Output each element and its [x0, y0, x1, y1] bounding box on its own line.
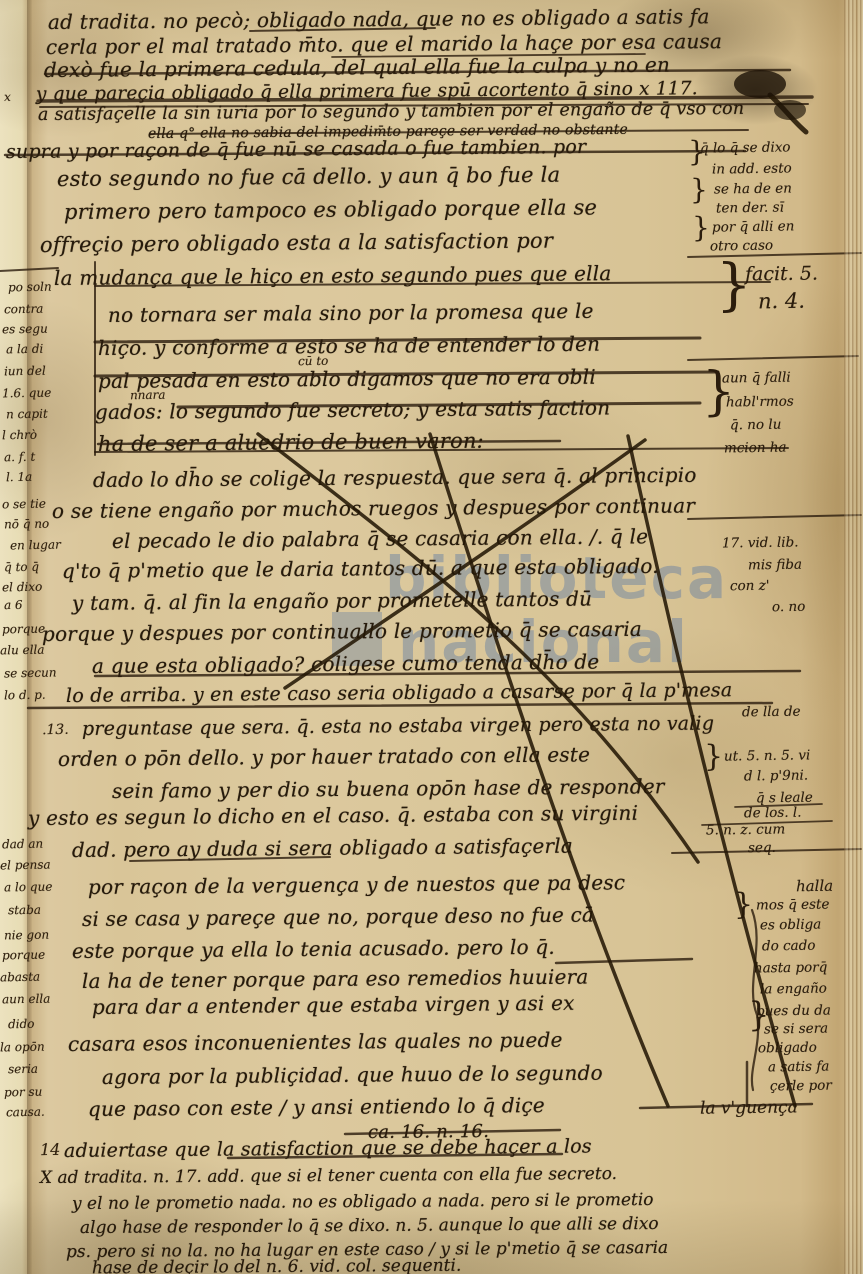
manuscript-text-line: este porque ya ella lo tenia acusado. pe… — [72, 935, 555, 963]
left-margin-note: causa. — [6, 1105, 45, 1120]
right-margin-note: habl'rmos — [726, 394, 794, 411]
left-margin-note: a la di — [6, 342, 44, 357]
right-margin-note: q̄ lo q̄ se dixo — [700, 139, 791, 156]
left-margin-note: q̄ to q̄ — [4, 560, 39, 575]
manuscript-text-line: y tam. q̄. al fin la engaño por prometel… — [72, 586, 592, 615]
right-margin-note: do cado — [762, 938, 816, 955]
right-margin-note: 5. n. z. cum — [706, 821, 785, 838]
right-margin-note: por q̄ alli en — [712, 218, 795, 235]
left-margin-note: a lo que — [4, 880, 53, 895]
right-margin-note: mis fiba — [748, 557, 802, 574]
footnote-line: hase de deçir lo del n. 6. vid. col. seq… — [92, 1256, 461, 1274]
manuscript-text-line-struck: gados: lo segundo fue secreto; y esta sa… — [95, 396, 611, 424]
manuscript-text-line: si se casa y pareçe que no, porque deso … — [82, 903, 594, 931]
manuscript-text-line: sein famo y per dio su buena opōn hase d… — [112, 774, 665, 803]
left-margin-note: aun ella — [2, 992, 51, 1007]
manuscript-text-line: dexò fue la primera cedula, del qual ell… — [44, 53, 670, 82]
right-margin-note: se ha de en — [714, 180, 792, 197]
manuscript-text-line: a que esta obligado? coligese cumo tenda… — [92, 650, 600, 678]
footnote-line: X ad tradita. n. 17. add. que si el tene… — [40, 1164, 617, 1188]
manuscript-text-line: que paso con este / y ansi entiendo lo q… — [88, 1093, 545, 1121]
left-margin-note: n capit — [6, 407, 48, 422]
right-margin-note: ut. 5. n. 5. vi — [724, 747, 810, 764]
right-margin-note: q̄. no lu — [730, 417, 782, 434]
manuscript-text-line: para dar a entender que estaba virgen y … — [92, 991, 575, 1019]
manuscript-text-line: la mudança que le hiço en esto segundo p… — [54, 261, 612, 290]
manuscript-page: biblioteca nacional ad tradita. no pecò;… — [0, 0, 863, 1274]
manuscript-text-line: dad. pero ay duda si sera obligado a sat… — [72, 834, 573, 862]
left-margin-note: iun del — [4, 364, 46, 379]
left-margin-note: a. f. t — [4, 450, 35, 465]
right-margin-note: de los. l. — [744, 805, 802, 822]
right-margin-citation: n. 4. — [758, 289, 805, 314]
page-fore-edge — [844, 0, 863, 1274]
right-margin-note: o. no — [772, 599, 806, 615]
footnote-line: algo hase de responder lo q̄ se dixo. n.… — [80, 1214, 659, 1238]
manuscript-text-line: lo de arriba. y en este caso seria oblig… — [66, 679, 733, 707]
right-margin-note: de lla de — [742, 704, 801, 721]
margin-brace: } — [692, 214, 710, 242]
right-margin-note: d l. p'9ni. — [744, 768, 808, 785]
left-margin-note: lo d. p. — [4, 688, 46, 703]
right-margin-note: 17. vid. lib. — [722, 534, 799, 551]
left-margin-note: contra — [4, 302, 44, 317]
manuscript-text-line: el pecado le dio palabra q̄ se casaria c… — [112, 524, 648, 553]
left-margin-note: abasta — [0, 970, 40, 985]
left-margin-note: dido — [8, 1017, 35, 1031]
right-margin-note: mos q̄ este — [756, 896, 830, 913]
right-margin-note: halla — [796, 877, 833, 896]
margin-brace: } — [688, 138, 706, 166]
margin-brace: } — [702, 366, 735, 418]
left-margin-note: alu ella — [0, 643, 45, 658]
left-margin-note: nie gon — [4, 928, 49, 943]
left-margin-note: 1.6. que — [2, 386, 51, 401]
left-margin-note: se secun — [4, 666, 57, 681]
right-margin-note: otro caso — [710, 238, 773, 255]
right-margin-note: hasta porq̄ — [754, 959, 828, 976]
left-margin-note: porque — [2, 622, 45, 637]
left-margin-note: l. 1a — [6, 470, 33, 484]
right-margin-note: se si sera — [764, 1021, 828, 1038]
footnote-line: y el no le prometio nada. no es obligado… — [72, 1190, 654, 1214]
left-margin-note: po soln — [8, 280, 52, 295]
left-margin-note: seria — [8, 1062, 38, 1077]
manuscript-text-line: o se tiene engaño por muchos ruegos y de… — [52, 493, 695, 523]
left-margin-note: o se tie — [2, 497, 46, 512]
manuscript-text-line: supra y por raçon de q̄ fue nū se casada… — [6, 136, 586, 163]
margin-brace: } — [704, 742, 723, 772]
left-margin-note: a 6 — [4, 598, 23, 612]
left-margin-note: l chrò — [2, 428, 37, 443]
left-margin-note: el dixo — [2, 580, 43, 595]
left-margin-note: la opōn — [0, 1040, 45, 1055]
left-margin-note: x — [4, 90, 11, 104]
left-margin-note: por su — [4, 1085, 43, 1100]
right-margin-note: in add. esto — [712, 160, 792, 177]
manuscript-text-line: por raçon de la verguença y de nuestos q… — [88, 870, 625, 899]
left-margin-note: staba — [8, 903, 41, 918]
manuscript-text-line-struck: hiço. y conforme a esto se ha de entende… — [98, 332, 600, 360]
left-margin-note: es segu — [2, 322, 48, 337]
page-gutter-crease — [27, 0, 32, 1274]
left-margin-note: en lugar — [10, 538, 61, 553]
paragraph-number: 14 — [40, 1140, 61, 1159]
interlinear-note: nnara — [130, 388, 166, 403]
right-margin-citation: facit. 5. — [745, 262, 818, 285]
margin-brace: } — [734, 890, 753, 920]
manuscript-text-line: orden o pōn dello. y por hauer tratado c… — [58, 742, 590, 771]
manuscript-text-line: preguntase que sera. q̄. esta no estaba … — [82, 712, 714, 740]
right-margin-note: es obliga — [760, 917, 822, 934]
manuscript-text-line: la ha de tener porque para eso remedios … — [82, 965, 589, 993]
paragraph-number: .13. — [42, 722, 69, 738]
right-margin-note: a satis fa — [768, 1059, 830, 1076]
margin-brace: } — [716, 258, 752, 314]
margin-brace: } — [748, 998, 770, 1032]
manuscript-text-line: dado lo dh̄o se colige la respuesta. que… — [93, 463, 697, 492]
manuscript-text-line: y esto es segun lo dicho en el caso. q̄.… — [28, 801, 638, 830]
left-margin-note: el pensa — [0, 858, 51, 873]
manuscript-text-line: agora por la publiçidad. que huuo de lo … — [102, 1061, 603, 1089]
right-margin-note: obligado — [758, 1040, 817, 1057]
manuscript-text-line: casara esos inconuenientes las quales no… — [68, 1028, 563, 1056]
right-margin-note: mcion ha — [724, 440, 787, 457]
manuscript-text-line: ha de ser a aluedrio de buen varon: — [98, 429, 484, 456]
manuscript-text-line-struck: pal pesada en esto ablo digamos que no e… — [98, 365, 596, 393]
right-margin-note: la engaño — [760, 981, 827, 998]
right-margin-note: çerle por — [770, 1078, 832, 1095]
manuscript-text-line: no tornara ser mala sino por la promesa … — [108, 299, 594, 327]
interlinear-note: cū to — [298, 354, 329, 369]
manuscript-text-line: esto segundo no fue cā dello. y aun q̄ b… — [57, 163, 560, 191]
manuscript-text-line: primero pero tampoco es obligado porque … — [64, 195, 597, 224]
right-margin-note: ten der. sī — [716, 200, 784, 217]
right-margin-note: seq. — [748, 840, 776, 856]
left-margin-note: porque — [2, 948, 45, 963]
margin-brace: } — [690, 176, 708, 204]
left-margin-note: dad an — [2, 837, 43, 852]
right-margin-note: con z' — [730, 578, 770, 595]
right-margin-note: la v'guença — [700, 1097, 798, 1118]
left-margin-note: nō q̄ no — [4, 517, 49, 532]
manuscript-text-line: aduiertase que la satisfaction que se de… — [64, 1135, 592, 1162]
manuscript-text-line: offreçio pero obligado esta a la satisfa… — [40, 229, 553, 257]
